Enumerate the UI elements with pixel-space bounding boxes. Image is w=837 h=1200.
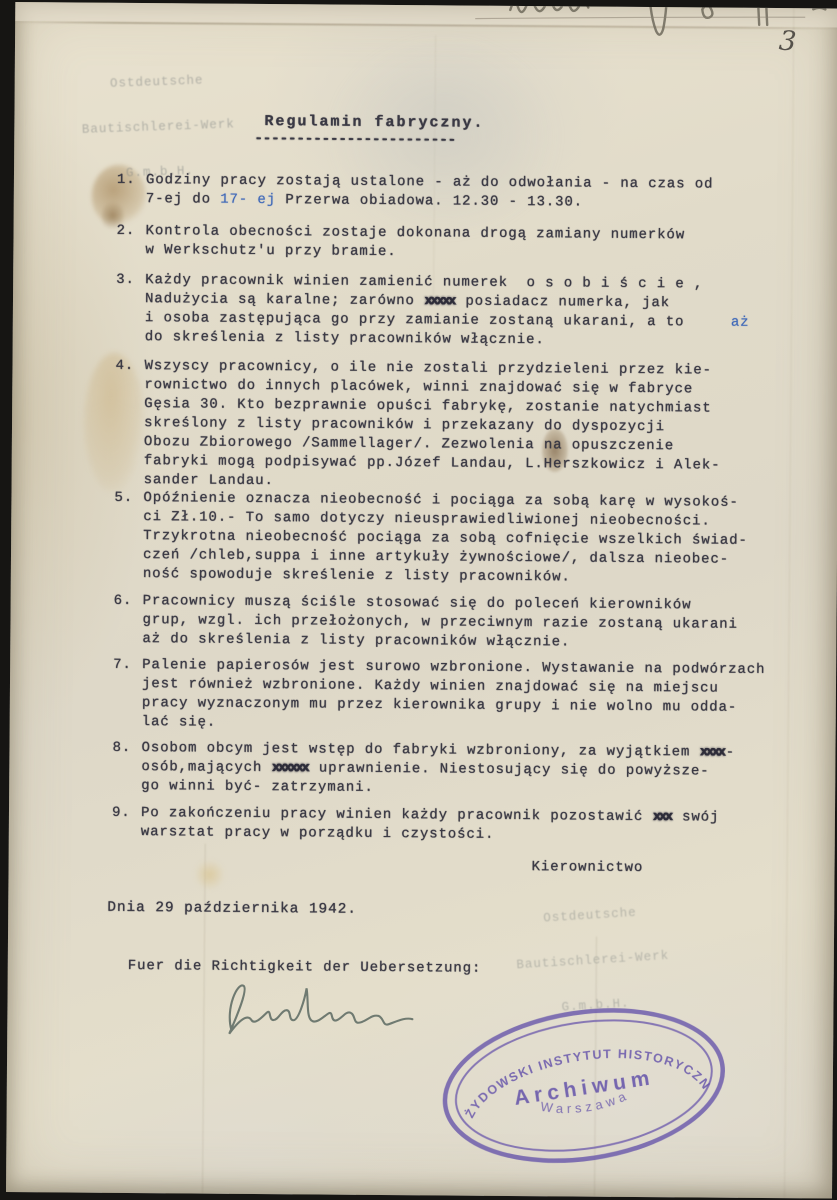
paper-sheet: 3 Ostdeutsche Bautischlerei-Werk G.m.b.H… <box>6 2 837 1198</box>
item-number: 5. <box>114 489 143 508</box>
typed-text: warsztat pracy w porządku i czystości. <box>141 824 495 843</box>
item-number: 8. <box>112 739 141 758</box>
item-text: Godziny pracy zostają ustalone - aż do o… <box>146 171 714 213</box>
item-text: Opóźnienie oznacza nieobecność i pociąga… <box>143 489 748 589</box>
regulation-item-5: 5.Opóźnienie oznacza nieobecność i pocią… <box>114 489 748 589</box>
typed-text: ność spowoduje skreślenie z listy pracow… <box>143 566 571 585</box>
item-text: Palenie papierosów jest surowo wzbronion… <box>142 656 766 737</box>
scanned-document-viewport: 3 Ostdeutsche Bautischlerei-Werk G.m.b.H… <box>0 0 837 1200</box>
blue-ink-correction: aż <box>684 314 749 331</box>
typed-strikeout: xxxxxx <box>272 760 310 776</box>
item-number: 4. <box>115 357 144 376</box>
typed-text: Wszyscy pracownicy, o ile nie zostali pr… <box>144 358 711 378</box>
regulation-item-7: 7.Palenie papierosów jest surowo wzbroni… <box>113 656 766 737</box>
typed-strikeout: xxxxx <box>424 293 456 309</box>
item-number: 9. <box>112 804 141 823</box>
regulation-item-8: 8.Osobom obcym jest wstęp do fabryki wzb… <box>112 739 735 801</box>
typed-text: uprawnienie. Niestosujący się do powyższ… <box>309 760 709 779</box>
typed-text: skreślony z listy pracowników i przekaza… <box>144 415 665 435</box>
typed-text: Trzykrotna nieobecność pociąga za sobą c… <box>143 528 748 549</box>
typed-text: pracy wyznaczonym mu przez kierownika gr… <box>142 695 737 716</box>
regulation-item-9: 9.Po zakończeniu pracy winien każdy prac… <box>112 804 720 847</box>
typed-text: w Werkschutz'u przy bramie. <box>145 242 396 260</box>
typed-text: rownictwo do innych placówek, winni znaj… <box>144 377 693 397</box>
item-text: Pracownicy muszą ściśle stosować się do … <box>142 592 738 654</box>
typed-text: osób,mających <box>141 759 271 776</box>
typed-text: sander Landau. <box>144 472 274 489</box>
typed-text: posiadacz numerka, jak <box>456 294 670 312</box>
company-stamp-line: Bautischlerei-Werk <box>478 946 708 975</box>
regulation-item-2: 2.Kontrola obecności zostaje dokonana dr… <box>116 222 685 264</box>
typed-text: Nadużycia są karalne; zarówno <box>145 291 424 309</box>
typed-text: lać się. <box>142 714 217 731</box>
typed-text: - <box>726 745 735 761</box>
typed-text: ci Zł.10.- To samo dotyczy nieusprawiedl… <box>143 509 710 529</box>
typed-text: i osoba zastępująca go przy zamianie zos… <box>145 310 685 330</box>
regulation-item-6: 6.Pracownicy muszą ściśle stosować się d… <box>113 592 738 654</box>
typed-text: Po zakończeniu pracy winien każdy pracow… <box>141 805 653 825</box>
typed-text: Obozu Zbiorowego /Sammellager/. Zezwolen… <box>144 434 674 454</box>
typed-text: Każdy pracownik winien zamienić numerek … <box>145 272 703 292</box>
date-line: Dnia 29 października 1942. <box>107 899 357 920</box>
item-number: 6. <box>114 592 143 611</box>
item-text: Po zakończeniu pracy winien każdy pracow… <box>141 804 720 847</box>
typed-text: Godziny pracy zostają ustalone - aż do o… <box>146 172 713 192</box>
signed-by: Kierownictwo <box>531 858 643 878</box>
typed-text: Opóźnienie oznacza nieobecność i pociąga… <box>143 490 738 511</box>
typed-text: Przerwa obiadowa. 12.30 - 13.30. <box>276 192 583 210</box>
item-text: Każdy pracownik winien zamienić numerek … <box>145 271 750 352</box>
typed-text: do skreślenia z listy pracowników włączn… <box>145 329 545 348</box>
item-number: 7. <box>113 656 142 675</box>
handwritten-signature <box>207 972 418 1048</box>
item-number: 3. <box>116 271 145 290</box>
typed-text: fabryki mogą podpisywać pp.Józef Landau,… <box>144 453 721 474</box>
blue-ink-correction: 17- ej <box>220 192 276 208</box>
typed-text: Osobom obcym jest wstęp do fabryki wzbro… <box>141 740 699 760</box>
item-text: Wszyscy pracownicy, o ile nie zostali pr… <box>144 357 722 495</box>
typed-text: Gęsia 30. Kto bezprawnie opuści fabrykę,… <box>144 396 711 416</box>
company-stamp-line: Ostdeutsche <box>475 902 705 931</box>
typed-text: 7-ej do <box>146 191 221 208</box>
typed-text: grup, wzgl. ich przełożonych, w przeciwn… <box>142 612 737 633</box>
regulation-item-3: 3.Każdy pracownik winien zamienić numere… <box>116 271 750 352</box>
item-text: Kontrola obecności zostaje dokonana drog… <box>145 222 685 264</box>
archive-stamp: ŻYDOWSKI INSTYTUT HISTORYCZNY Archiwum W… <box>418 989 749 1182</box>
item-number: 2. <box>116 222 145 241</box>
typed-text: swój <box>673 809 720 825</box>
typed-text: jest również wzbronione. Każdy winien zn… <box>142 676 719 697</box>
regulation-item-1: 1.Godziny pracy zostają ustalone - aż do… <box>117 171 714 214</box>
typed-text: aż do skreślenia z listy pracowników włą… <box>142 631 570 650</box>
typed-text: czeń /chleb,suppa i inne artykuły żywnoś… <box>143 547 729 568</box>
regulation-item-4: 4.Wszyscy pracownicy, o ile nie zostali … <box>115 357 722 495</box>
typed-text: Kontrola obecności zostaje dokonana drog… <box>145 223 685 243</box>
typed-strikeout: xxxx <box>700 744 726 760</box>
typed-text: go winni być- zatrzymani. <box>141 778 374 796</box>
typed-strikeout: xxx <box>652 809 672 825</box>
typed-text: Pracownicy muszą ściśle stosować się do … <box>143 593 692 613</box>
item-text: Osobom obcym jest wstęp do fabryki wzbro… <box>141 739 735 801</box>
item-number: 1. <box>117 171 146 190</box>
